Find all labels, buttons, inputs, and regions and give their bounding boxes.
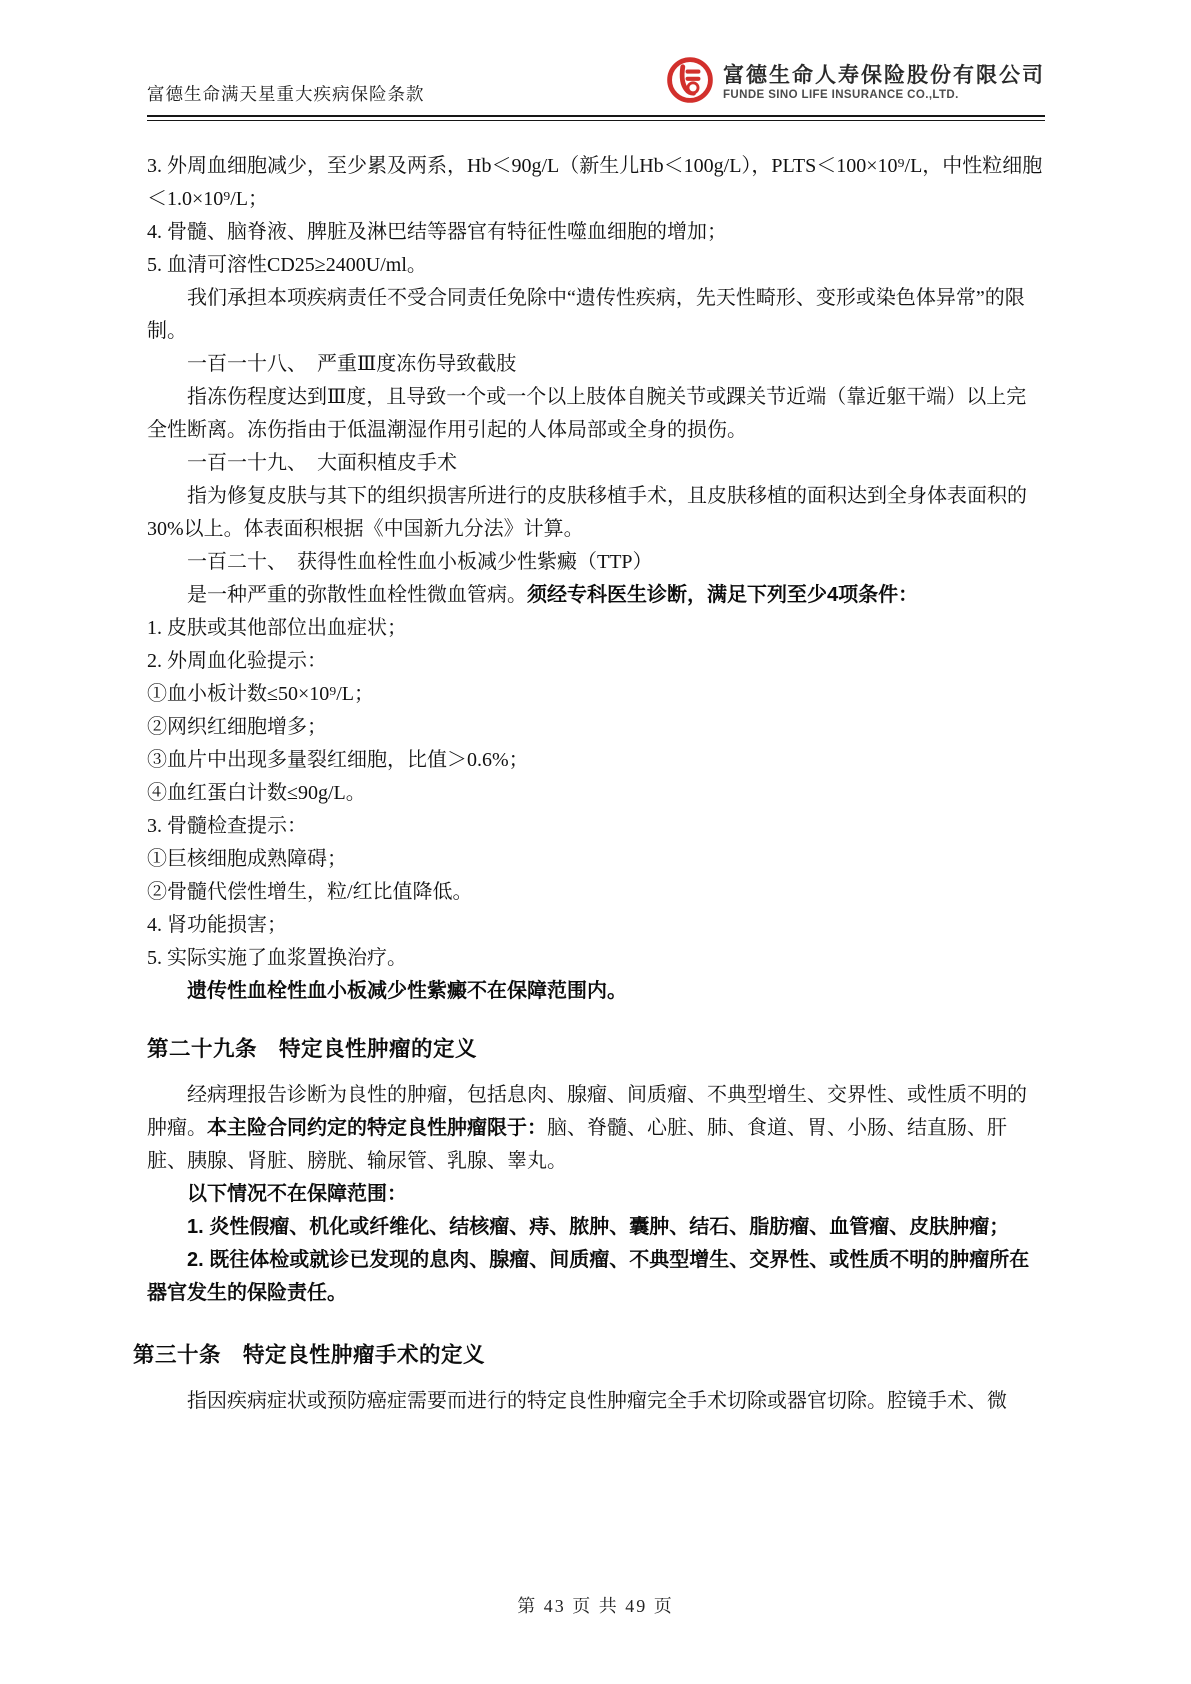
company-names: 富德生命人寿保险股份有限公司 FUNDE SINO LIFE INSURANCE… <box>723 63 1045 102</box>
list-item: 2. 外周血化验提示： <box>147 645 1045 678</box>
list-item: 5. 血清可溶性CD25≥2400U/ml。 <box>147 249 1045 282</box>
sub-list-item: ②骨髓代偿性增生，粒/红比值降低。 <box>147 876 1045 909</box>
paragraph-bold-text: 须经专科医生诊断，满足下列至少4项条件： <box>527 584 918 606</box>
paragraph-bold-text: 本主险合同约定的特定良性肿瘤限于： <box>207 1117 547 1139</box>
sub-list-item: ①巨核细胞成熟障碍； <box>147 843 1045 876</box>
company-brand: 富德生命人寿保险股份有限公司 FUNDE SINO LIFE INSURANCE… <box>666 56 1045 111</box>
page-header: 富德生命满天星重大疾病保险条款 富德生命人寿保险股份有限公司 FUNDE SIN… <box>147 56 1045 111</box>
sub-list-item: ③血片中出现多量裂红细胞，比值＞0.6%； <box>147 744 1045 777</box>
company-name-cn: 富德生命人寿保险股份有限公司 <box>723 63 1045 87</box>
clause-heading: 第三十条 特定良性肿瘤手术的定义 <box>133 1339 1045 1372</box>
paragraph: 指冻伤程度达到Ⅲ度，且导致一个或一个以上肢体自腕关节或踝关节近端（靠近躯干端）以… <box>147 381 1045 447</box>
list-item: 5. 实际实施了血浆置换治疗。 <box>147 942 1045 975</box>
sub-list-item: ②网织红细胞增多； <box>147 711 1045 744</box>
disease-item-title: 一百一十九、 大面积植皮手术 <box>147 447 1045 480</box>
paragraph-text: 是一种严重的弥散性血栓性微血管病。 <box>187 584 527 606</box>
list-item: 1. 皮肤或其他部位出血症状； <box>147 612 1045 645</box>
disease-item-title: 一百一十八、 严重Ⅲ度冻伤导致截肢 <box>147 348 1045 381</box>
document-page: 富德生命满天星重大疾病保险条款 富德生命人寿保险股份有限公司 FUNDE SIN… <box>0 0 1191 1684</box>
clause-heading: 第二十九条 特定良性肿瘤的定义 <box>147 1033 1045 1066</box>
paragraph: 指因疾病症状或预防癌症需要而进行的特定良性肿瘤完全手术切除或器官切除。腔镜手术、… <box>147 1385 1045 1418</box>
document-title: 富德生命满天星重大疾病保险条款 <box>147 81 425 111</box>
page-number: 第 43 页 共 49 页 <box>0 1592 1191 1618</box>
sub-list-item: ④血红蛋白计数≤90g/L。 <box>147 777 1045 810</box>
document-body: 3. 外周血细胞减少，至少累及两系，Hb＜90g/L（新生儿Hb＜100g/L）… <box>147 150 1045 1418</box>
paragraph: 是一种严重的弥散性血栓性微血管病。须经专科医生诊断，满足下列至少4项条件： <box>147 579 1045 612</box>
paragraph: 指为修复皮肤与其下的组织损害所进行的皮肤移植手术，且皮肤移植的面积达到全身体表面… <box>147 480 1045 546</box>
header-rule <box>147 115 1045 121</box>
company-name-en: FUNDE SINO LIFE INSURANCE CO.,LTD. <box>723 89 1045 102</box>
exclusion-list-item: 1. 炎性假瘤、机化或纤维化、结核瘤、痔、脓肿、囊肿、结石、脂肪瘤、血管瘤、皮肤… <box>147 1211 1045 1244</box>
disease-item-title: 一百二十、 获得性血栓性血小板减少性紫癜（TTP） <box>147 546 1045 579</box>
company-logo-icon <box>666 56 714 109</box>
list-item: 3. 外周血细胞减少，至少累及两系，Hb＜90g/L（新生儿Hb＜100g/L）… <box>147 150 1045 216</box>
list-item: 4. 骨髓、脑脊液、脾脏及淋巴结等器官有特征性噬血细胞的增加； <box>147 216 1045 249</box>
exclusion-list-item: 2. 既往体检或就诊已发现的息肉、腺瘤、间质瘤、不典型增生、交界性、或性质不明的… <box>147 1244 1045 1310</box>
list-item: 4. 肾功能损害； <box>147 909 1045 942</box>
exclusion-note: 以下情况不在保障范围： <box>147 1178 1045 1211</box>
paragraph: 我们承担本项疾病责任不受合同责任免除中“遗传性疾病，先天性畸形、变形或染色体异常… <box>147 282 1045 348</box>
exclusion-note: 遗传性血栓性血小板减少性紫癜不在保障范围内。 <box>147 975 1045 1008</box>
sub-list-item: ①血小板计数≤50×10⁹/L； <box>147 678 1045 711</box>
list-item: 3. 骨髓检查提示： <box>147 810 1045 843</box>
paragraph: 经病理报告诊断为良性的肿瘤，包括息肉、腺瘤、间质瘤、不典型增生、交界性、或性质不… <box>147 1079 1045 1178</box>
